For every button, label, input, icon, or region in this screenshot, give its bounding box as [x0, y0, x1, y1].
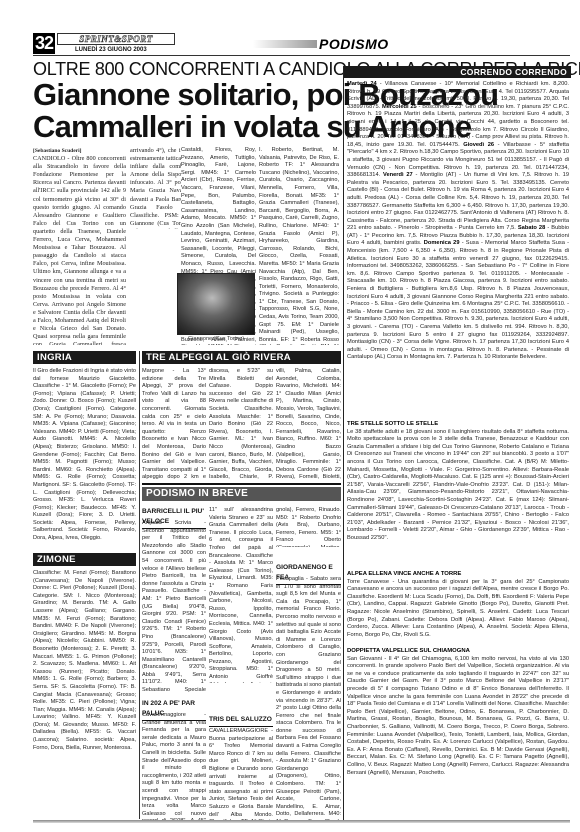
event-day: Mercoledì 25 [382, 104, 417, 110]
section-band-tre-alpeggi: TRE ALPEGGI AL GIÒ RIVERA [142, 351, 341, 364]
decorative-gradient-bar [253, 40, 317, 48]
masthead: 32 SPRINT&SPORT LUNEDÌ 23 GIUGNO 2003 PO… [33, 33, 570, 55]
article-column-4: I. Roberto, Bertinat, M. Valsania, Patre… [259, 147, 339, 345]
in-202-text: Cavallermaggiore - Grande affluenza a Vi… [142, 712, 206, 820]
ingria-text: Il Giro delle Frazioni di Ingria è stato… [33, 368, 136, 548]
doppietta-block: DOPPIETTA VALPELLICE SUL CHIAMOGNA San G… [347, 648, 569, 820]
tre-stelle-title: TRE STELLE SOTTO LE STELLE [347, 421, 569, 429]
photo-caption: Giannone (Cus Torino) [177, 336, 255, 343]
zimone-text: Classifiche: M. Fenzi (Forno); Barattono… [33, 570, 136, 820]
event-day: Martedì 24 [347, 81, 377, 87]
tre-stelle-text: Le 38 staffette adulti e 18 giovani sono… [347, 429, 569, 543]
article-column-1: [Sebastiano Scuderi] CANDIOLO - Oltre 80… [33, 147, 126, 345]
sidebar-title: CORRENDO CORRENDO [344, 66, 571, 78]
section-band-zimone: ZIMONE [33, 553, 136, 566]
section-band-podismo-in-breve: PODISMO IN BREVE [142, 487, 341, 501]
column-divider [139, 351, 140, 819]
section-title: PODISMO [319, 37, 389, 52]
correndo-correndo-sidebar: CORRENDO CORRENDO Martedì 24 - Villanova… [343, 66, 570, 823]
events-calendar: Martedì 24 - Villanova Canavese - 10° Me… [347, 81, 569, 416]
alpea-text: Torre Canavese - Una quarantina di giova… [347, 579, 569, 640]
alpea-title: ALPEA ELLENA VINCE ANCHE A TORRE [347, 571, 569, 579]
section-band-ingria: INGRIA [33, 351, 136, 364]
subhead-tris-saluzzo: TRIS DEL SALUZZO [209, 715, 273, 727]
page-number: 32 [33, 33, 55, 54]
tre-alpeggi-col-3: villi, Palma, Catalin, Avondet, Colomba,… [276, 368, 341, 480]
breve-col-2: 11" sull' alessandrina Valeria Straneo e… [209, 507, 273, 683]
event-text: - Susa - Memorial Marco Staffetta Susa -… [347, 240, 569, 360]
issue-date: LUNEDÌ 23 GIUGNO 2003 [75, 46, 147, 54]
article-text: I. Roberto, Bertinat, M. Valsania, Patre… [259, 147, 339, 345]
page-bottom-shadow [33, 820, 570, 823]
event-day: Giovedì 26 [463, 142, 494, 148]
event-day: Sabato 28 [518, 225, 545, 231]
event-text: - Montiglio (AT) - Un fiume di Vini km. … [347, 172, 569, 231]
publication-logo: SPRINT&SPORT [57, 33, 175, 45]
athlete-photo [177, 273, 255, 335]
event-day: Domenica 29 [424, 240, 460, 246]
newspaper-page: 32 SPRINT&SPORT LUNEDÌ 23 GIUGNO 2003 PO… [33, 33, 570, 823]
masthead-rule [33, 55, 570, 56]
event-day: Venerdì 27 [383, 172, 413, 178]
article-text: CANDIOLO - Oltre 800 concorrenti alla St… [33, 155, 126, 345]
barricelli-text: Arquata Scrivia - Secondo appuntamento p… [142, 520, 206, 695]
doppietta-title: DOPPIETTA VALPELLICE SUL CHIAMOGNA [347, 648, 569, 656]
giordanengo-text: Pocapaglia - Sabato sera in 170 si sono … [276, 576, 341, 820]
article-kicker: OLTRE 800 CONCORRENTI A CANDIOLO ALLA CO… [33, 59, 343, 79]
doppietta-text: San Giovanni - Il 4° Gir del Chiamogna, … [347, 656, 569, 778]
tre-stelle-block: TRE STELLE SOTTO LE STELLE Le 38 staffet… [347, 421, 569, 571]
byline: [Sebastiano Scuderi] [33, 147, 126, 155]
band-rule [142, 483, 341, 485]
tre-alpeggi-col-2: discesa, e 5'23" su Mirella Bioletti del… [209, 368, 273, 480]
breve-col-3-top: gnola), Ferrero, Rinaudo. M50: 1° Robert… [276, 507, 341, 547]
alpea-block: ALPEA ELLENA VINCE ANCHE A TORRE Torre C… [347, 571, 569, 647]
tre-alpeggi-col-1: Margone - La 13° edizione della Tre Alpe… [142, 368, 206, 480]
tris-saluzzo-text: CAVALLERMAGGIORE - Buona partecipazione … [209, 728, 273, 820]
